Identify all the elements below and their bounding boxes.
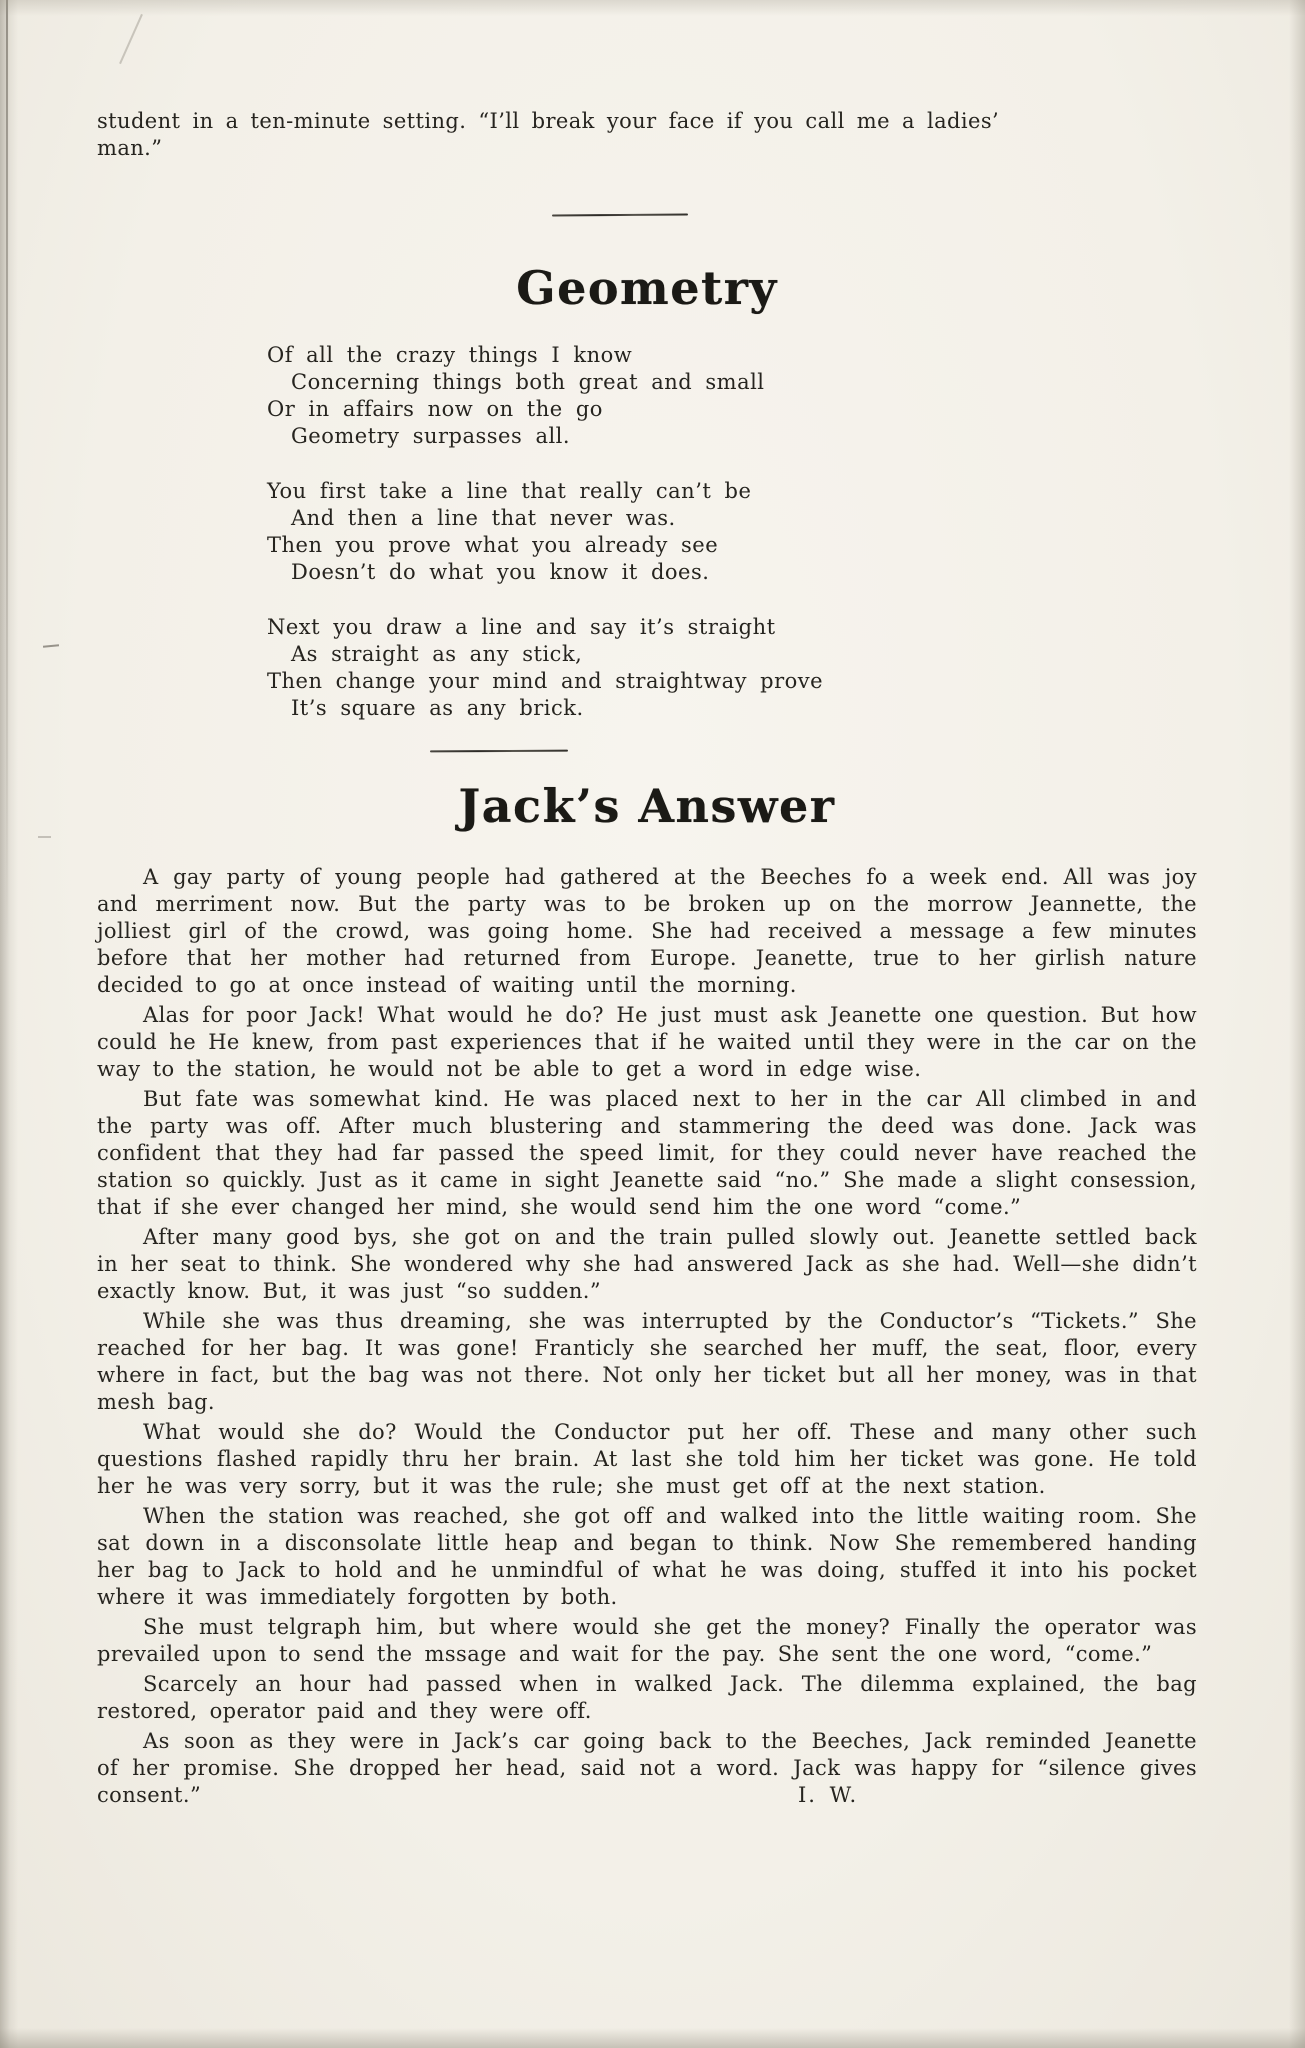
story-paragraph: While she was thus dreaming, she was int…	[97, 1308, 1197, 1416]
poem-line: Next you draw a line and say it’s straig…	[267, 614, 1197, 641]
story-paragraph-text: As soon as they were in Jack’s car going…	[97, 1729, 1197, 1807]
story-paragraph: But fate was somewhat kind. He was place…	[97, 1086, 1197, 1221]
continued-paragraph: student in a ten-minute setting. “I’ll b…	[97, 108, 1197, 162]
poem-line: Doesn’t do what you know it does.	[267, 559, 1197, 586]
scan-edge-shadow-left	[0, 0, 18, 2048]
story-paragraph: Alas for poor Jack! What would he do? He…	[97, 1002, 1197, 1083]
geometry-poem: Of all the crazy things I know Concernin…	[267, 342, 1197, 722]
poem-line: And then a line that never was.	[267, 505, 1197, 532]
story-paragraph: After many good bys, she got on and the …	[97, 1224, 1197, 1305]
poem-line: It’s square as any brick.	[267, 695, 1197, 722]
section-divider	[552, 214, 688, 217]
poem-line: Concerning things both great and small	[267, 369, 1197, 396]
story-paragraph: She must telgraph him, but where would s…	[97, 1614, 1197, 1668]
scan-edge-shadow-top	[0, 0, 1305, 16]
scan-edge-shadow-bottom	[0, 2028, 1305, 2048]
scan-edge-line	[6, 0, 8, 942]
poem-line: As straight as any stick,	[267, 641, 1197, 668]
page-curl-mark	[119, 14, 143, 64]
scanned-page: student in a ten-minute setting. “I’ll b…	[0, 0, 1305, 2048]
story-paragraph: What would she do? Would the Conductor p…	[97, 1419, 1197, 1500]
scan-edge-shadow-right	[1289, 0, 1305, 2048]
story-paragraph: Scarcely an hour had passed when in walk…	[97, 1671, 1197, 1725]
poem-line: Geometry surpasses all.	[267, 423, 1197, 450]
jacks-answer-title: Jack’s Answer	[97, 778, 1197, 834]
section-divider	[430, 750, 568, 753]
fragment-line: student in a ten-minute setting. “I’ll b…	[97, 108, 1197, 135]
fragment-line: man.”	[97, 135, 1197, 162]
story-paragraph: As soon as they were in Jack’s car going…	[97, 1728, 1197, 1809]
story-paragraph: When the station was reached, she got of…	[97, 1503, 1197, 1611]
jacks-answer-story: A gay party of young people had gathered…	[97, 864, 1197, 1809]
poem-line: Of all the crazy things I know	[267, 342, 1197, 369]
story-paragraph: A gay party of young people had gathered…	[97, 864, 1197, 999]
geometry-title: Geometry	[97, 260, 1197, 316]
poem-stanza: Of all the crazy things I know Concernin…	[267, 342, 1197, 450]
poem-line: Or in affairs now on the go	[267, 396, 1197, 423]
poem-stanza: You first take a line that really can’t …	[267, 478, 1197, 586]
author-initials: I. W.	[752, 1782, 858, 1809]
poem-stanza: Next you draw a line and say it’s straig…	[267, 614, 1197, 722]
poem-line: You first take a line that really can’t …	[267, 478, 1197, 505]
poem-line: Then change your mind and straightway pr…	[267, 668, 1197, 695]
scan-artifact-dash	[43, 644, 59, 647]
scan-artifact-dash	[38, 836, 51, 838]
page-content: student in a ten-minute setting. “I’ll b…	[97, 108, 1197, 1812]
poem-line: Then you prove what you already see	[267, 532, 1197, 559]
